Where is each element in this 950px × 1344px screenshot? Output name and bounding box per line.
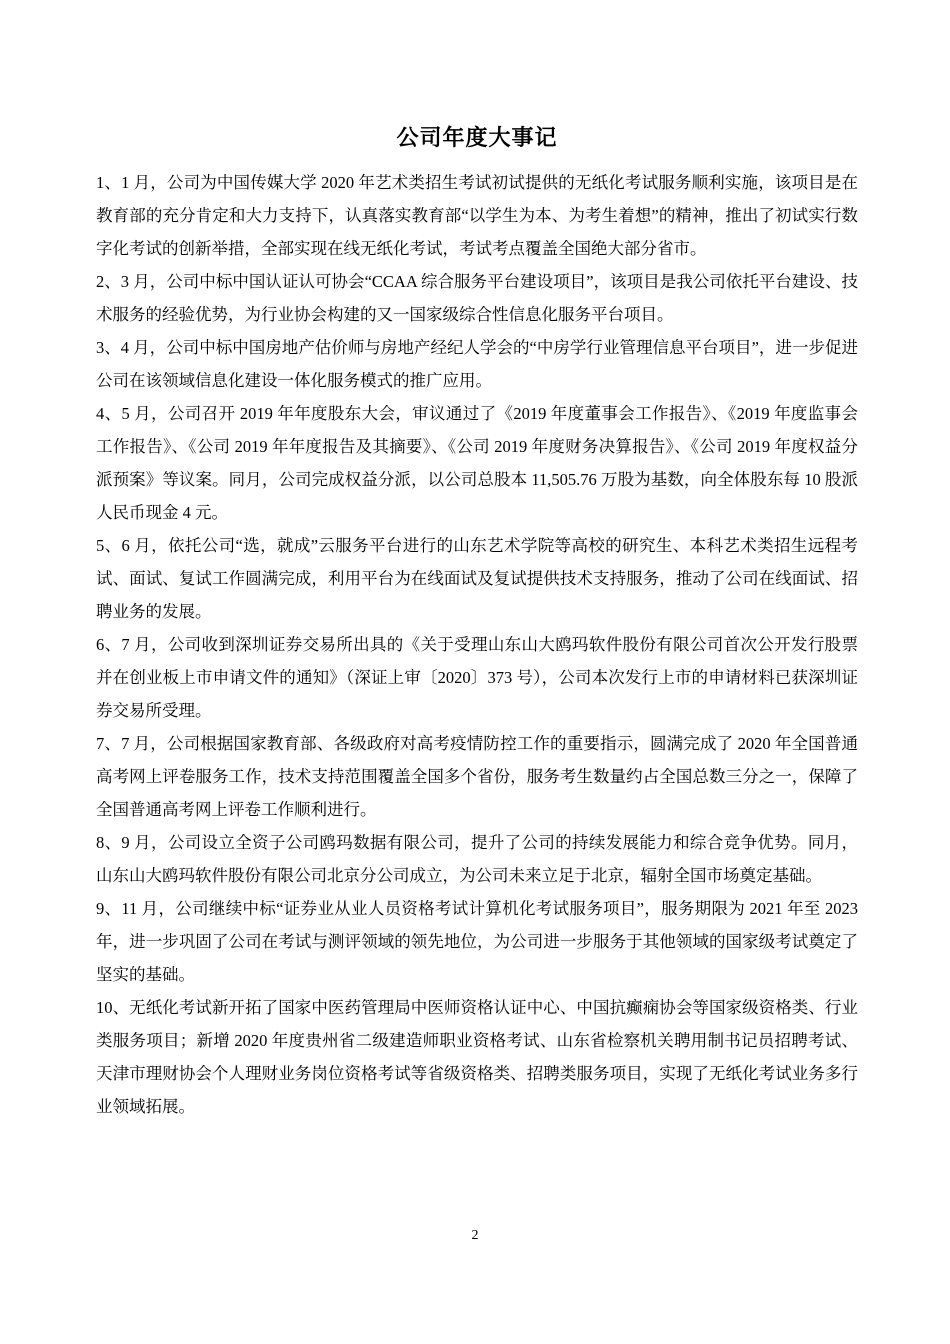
paragraph-item-10: 10、无纸化考试新开拓了国家中医药管理局中医师资格认证中心、中国抗癫痫协会等国家… — [96, 991, 858, 1123]
paragraph-item-4: 4、5 月，公司召开 2019 年年度股东大会，审议通过了《2019 年度董事会… — [96, 397, 858, 529]
page-title: 公司年度大事记 — [96, 124, 858, 154]
paragraph-item-2: 2、3 月，公司中标中国认证认可协会“CCAA 综合服务平台建设项目”，该项目是… — [96, 265, 858, 331]
document-content: 公司年度大事记 1、1 月，公司为中国传媒大学 2020 年艺术类招生考试初试提… — [96, 124, 858, 1123]
paragraph-item-3: 3、4 月，公司中标中国房地产估价师与房地产经纪人学会的“中房学行业管理信息平台… — [96, 331, 858, 397]
paragraph-item-7: 7、7 月，公司根据国家教育部、各级政府对高考疫情防控工作的重要指示，圆满完成了… — [96, 727, 858, 826]
paragraph-item-1: 1、1 月，公司为中国传媒大学 2020 年艺术类招生考试初试提供的无纸化考试服… — [96, 166, 858, 265]
page-number: 2 — [0, 1228, 950, 1244]
paragraph-item-5: 5、6 月，依托公司“选，就成”云服务平台进行的山东艺术学院等高校的研究生、本科… — [96, 529, 858, 628]
paragraph-item-8: 8、9 月，公司设立全资子公司鸥玛数据有限公司，提升了公司的持续发展能力和综合竞… — [96, 826, 858, 892]
paragraph-item-6: 6、7 月，公司收到深圳证券交易所出具的《关于受理山东山大鸥玛软件股份有限公司首… — [96, 628, 858, 727]
paragraph-item-9: 9、11 月，公司继续中标“证券业从业人员资格考试计算机化考试服务项目”，服务期… — [96, 892, 858, 991]
document-page: 公司年度大事记 1、1 月，公司为中国传媒大学 2020 年艺术类招生考试初试提… — [0, 0, 950, 1344]
